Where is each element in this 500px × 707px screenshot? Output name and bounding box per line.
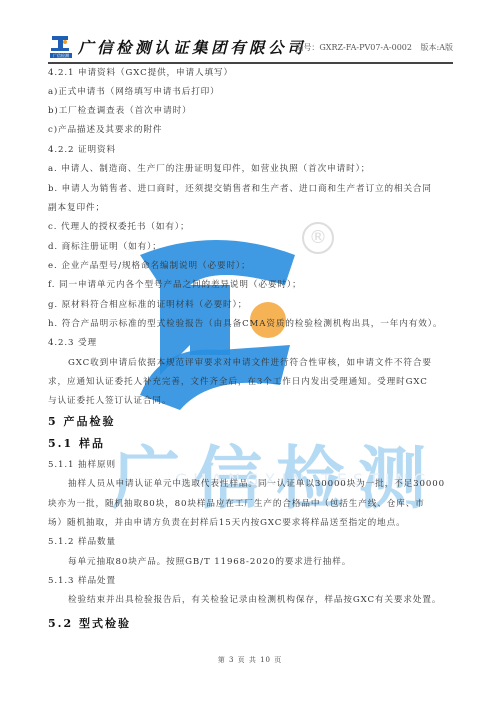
section-5-title: 5 产品检验 [48, 413, 115, 429]
list-item: g. 原材料符合相应标准的证明材料（必要时）； [48, 298, 247, 310]
list-item: e. 企业产品型号/规格命名编制说明（必要时）； [48, 259, 251, 271]
section-5-1-3-title: 5.1.3 样品处置 [48, 574, 116, 586]
list-item: h. 符合产品明示标准的型式检验报告（由具备CMA资质的检验检测机构出具，一年内… [48, 317, 442, 329]
page-header: 广信检测 广信检测认证集团有限公司 编号：GXRZ-FA-PV07-A-0002… [48, 34, 453, 62]
company-logo-icon: 广信检测 [48, 34, 74, 60]
paragraph-line: 与认证委托人签订认证合同。 [48, 394, 171, 406]
list-item: f. 同一申请单元内各个型号产品之间的差异说明（必要时）； [48, 278, 302, 290]
paragraph-line: 每单元抽取80块产品。按照GB/T 11968-2020的要求进行抽样。 [68, 555, 351, 567]
list-item: a)正式申请书（网络填写申请书后打印） [48, 85, 220, 97]
paragraph-line: 场）随机抽取，并由申请方负责在封样后15天内按GXC要求将样品送至指定的地点。 [48, 516, 406, 528]
header-divider [48, 62, 453, 64]
document-meta: 编号：GXRZ-FA-PV07-A-0002 版本:A版 [289, 42, 453, 53]
section-4-2-3-title: 4.2.3 受理 [48, 336, 97, 348]
list-item: b)工厂检查调查表（首次申请时） [48, 104, 192, 116]
doc-number: 编号：GXRZ-FA-PV07-A-0002 [295, 43, 412, 52]
section-5-1-2-title: 5.1.2 样品数量 [48, 535, 116, 547]
section-4-2-2-title: 4.2.2 证明资料 [48, 143, 116, 155]
section-5-1-title: 5.1 样品 [48, 435, 105, 451]
logo-caption: 广信检测 [50, 53, 72, 58]
paragraph-line: 求，应通知认证委托人补充完善，文件齐全后，在3个工作日内发出受理通知。受理时GX… [48, 375, 428, 387]
paragraph-line: 抽样人员从申请认证单元中选取代表性样品。同一认证单以30000块为一批，不足30… [68, 477, 445, 489]
paragraph-line: 块亦为一批，随机抽取80块，80块样品应在工厂生产的合格品中（包括生产线、仓库、… [48, 497, 425, 509]
document-page: ® 广信检测 GUANGXIN TESTING 广信检测 广信检测认证集团有限公… [0, 0, 500, 707]
doc-version: 版本:A版 [421, 43, 453, 52]
registered-mark-icon: ® [302, 222, 334, 254]
company-name: 广信检测认证集团有限公司 [78, 36, 306, 58]
section-5-2-title: 5.2 型式检验 [48, 615, 131, 631]
paragraph-line: 检验结束并出具检验报告后，有关检验记录由检测机构保存，样品按GXC有关要求处置。 [68, 593, 441, 605]
paragraph-line: GXC收到申请后依据本规范评审要求对申请文件进行符合性审核，如申请文件不符合要 [68, 356, 432, 368]
list-item: a. 申请人、制造商、生产厂的注册证明复印件，如营业执照（首次申请时）； [48, 162, 370, 174]
list-item: c)产品描述及其要求的附件 [48, 123, 162, 135]
page-number: 第 3 页 共 10 页 [0, 655, 500, 665]
section-4-2-1-title: 4.2.1 申请资料（GXC提供，申请人填写） [48, 66, 233, 78]
list-item: d. 商标注册证明（如有）； [48, 240, 162, 252]
list-item: b. 申请人为销售者、进口商时，还须提交销售者和生产者、进口商和生产者订立的相关… [48, 182, 432, 194]
list-item: c. 代理人的授权委托书（如有）； [48, 220, 190, 232]
list-item-continuation: 副本复印件； [48, 201, 105, 213]
section-5-1-1-title: 5.1.1 抽样原则 [48, 458, 116, 470]
